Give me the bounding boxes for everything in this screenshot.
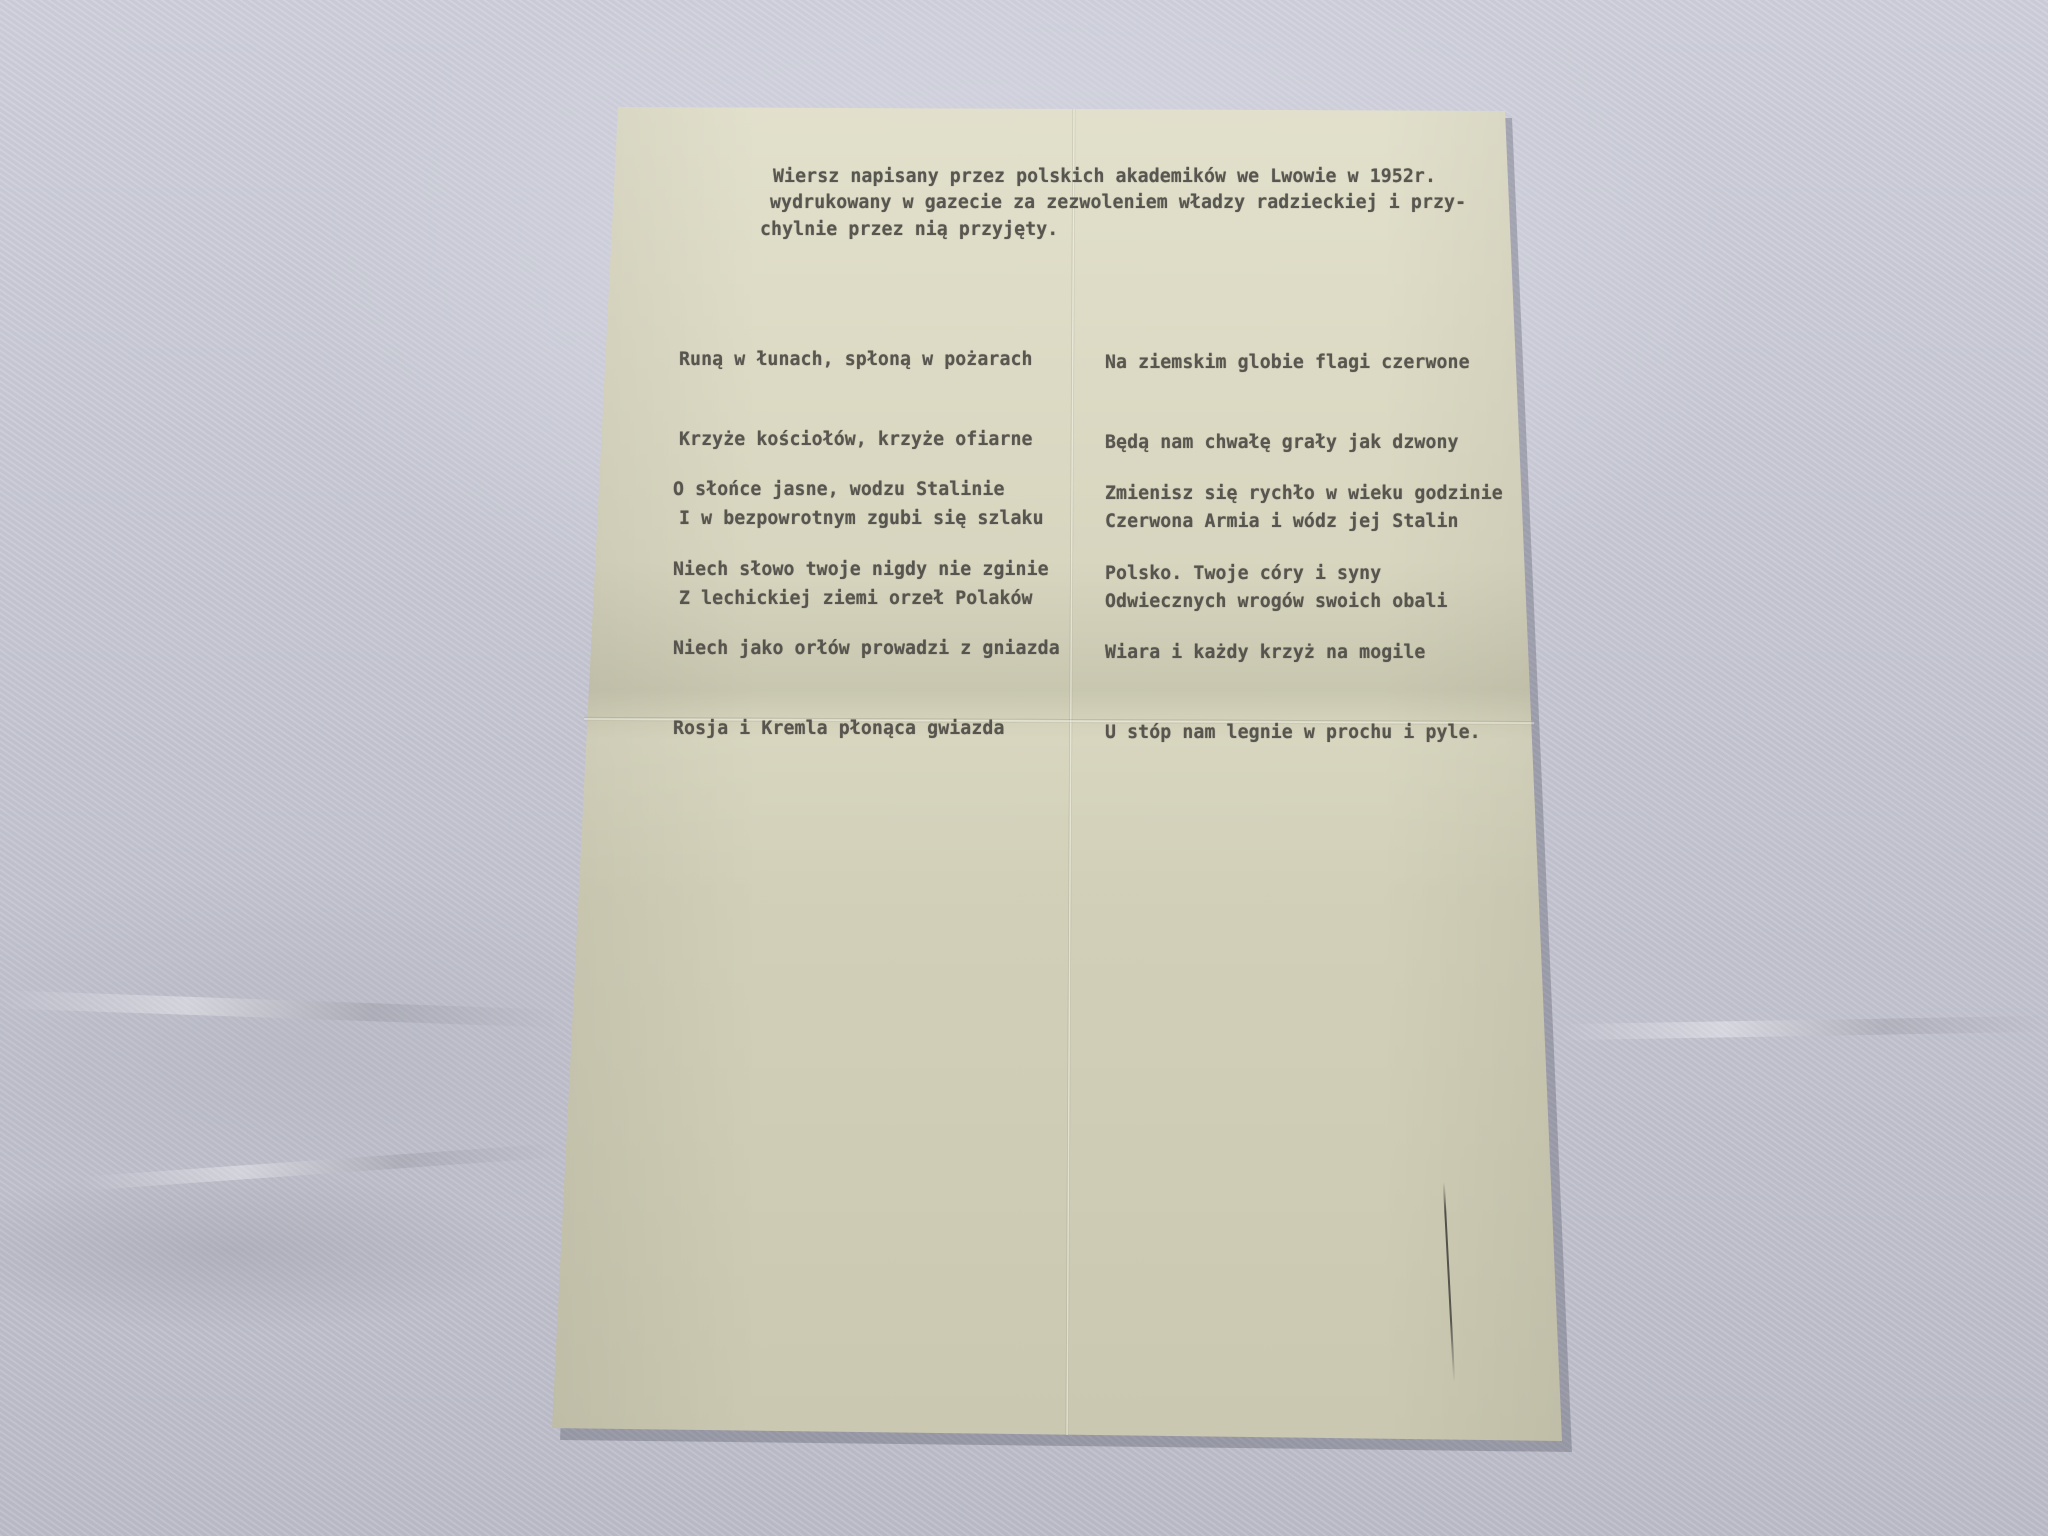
verse-line: U stóp nam legnie w prochu i pyle.	[1105, 720, 1503, 747]
header-line-2: wydrukowany w gazecie za zezwoleniem wła…	[770, 190, 1466, 217]
right-stanza-2: Zmienisz się rychło w wieku godzinie Pol…	[1105, 428, 1503, 773]
verse-line: Zmienisz się rychło w wieku godzinie	[1105, 481, 1503, 508]
verse-line: Na ziemskim globie flagi czerwone	[1105, 350, 1470, 377]
cloth-crease	[0, 990, 560, 1028]
verse-line: Wiara i każdy krzyż na mogile	[1105, 640, 1503, 667]
verse-line: Niech jako orłów prowadzi z gniazda	[673, 636, 1060, 663]
cloth-crease	[80, 1143, 560, 1190]
header-line-3: chylnie przez nią przyjęty.	[760, 217, 1058, 244]
verse-line: Polsko. Twoje córy i syny	[1105, 561, 1503, 588]
header-line-1: Wiersz napisany przez polskich akademikó…	[773, 164, 1436, 191]
verse-line: Rosja i Kremla płonąca gwiazda	[673, 716, 1060, 743]
cloth-crease	[1560, 1016, 2048, 1041]
verse-line: Niech słowo twoje nigdy nie zginie	[673, 557, 1060, 584]
verse-line: O słońce jasne, wodzu Stalinie	[673, 477, 1060, 504]
verse-line: Runą w łunach, spłoną w pożarach	[679, 347, 1044, 374]
left-stanza-2: O słońce jasne, wodzu Stalinie Niech sło…	[673, 424, 1060, 769]
